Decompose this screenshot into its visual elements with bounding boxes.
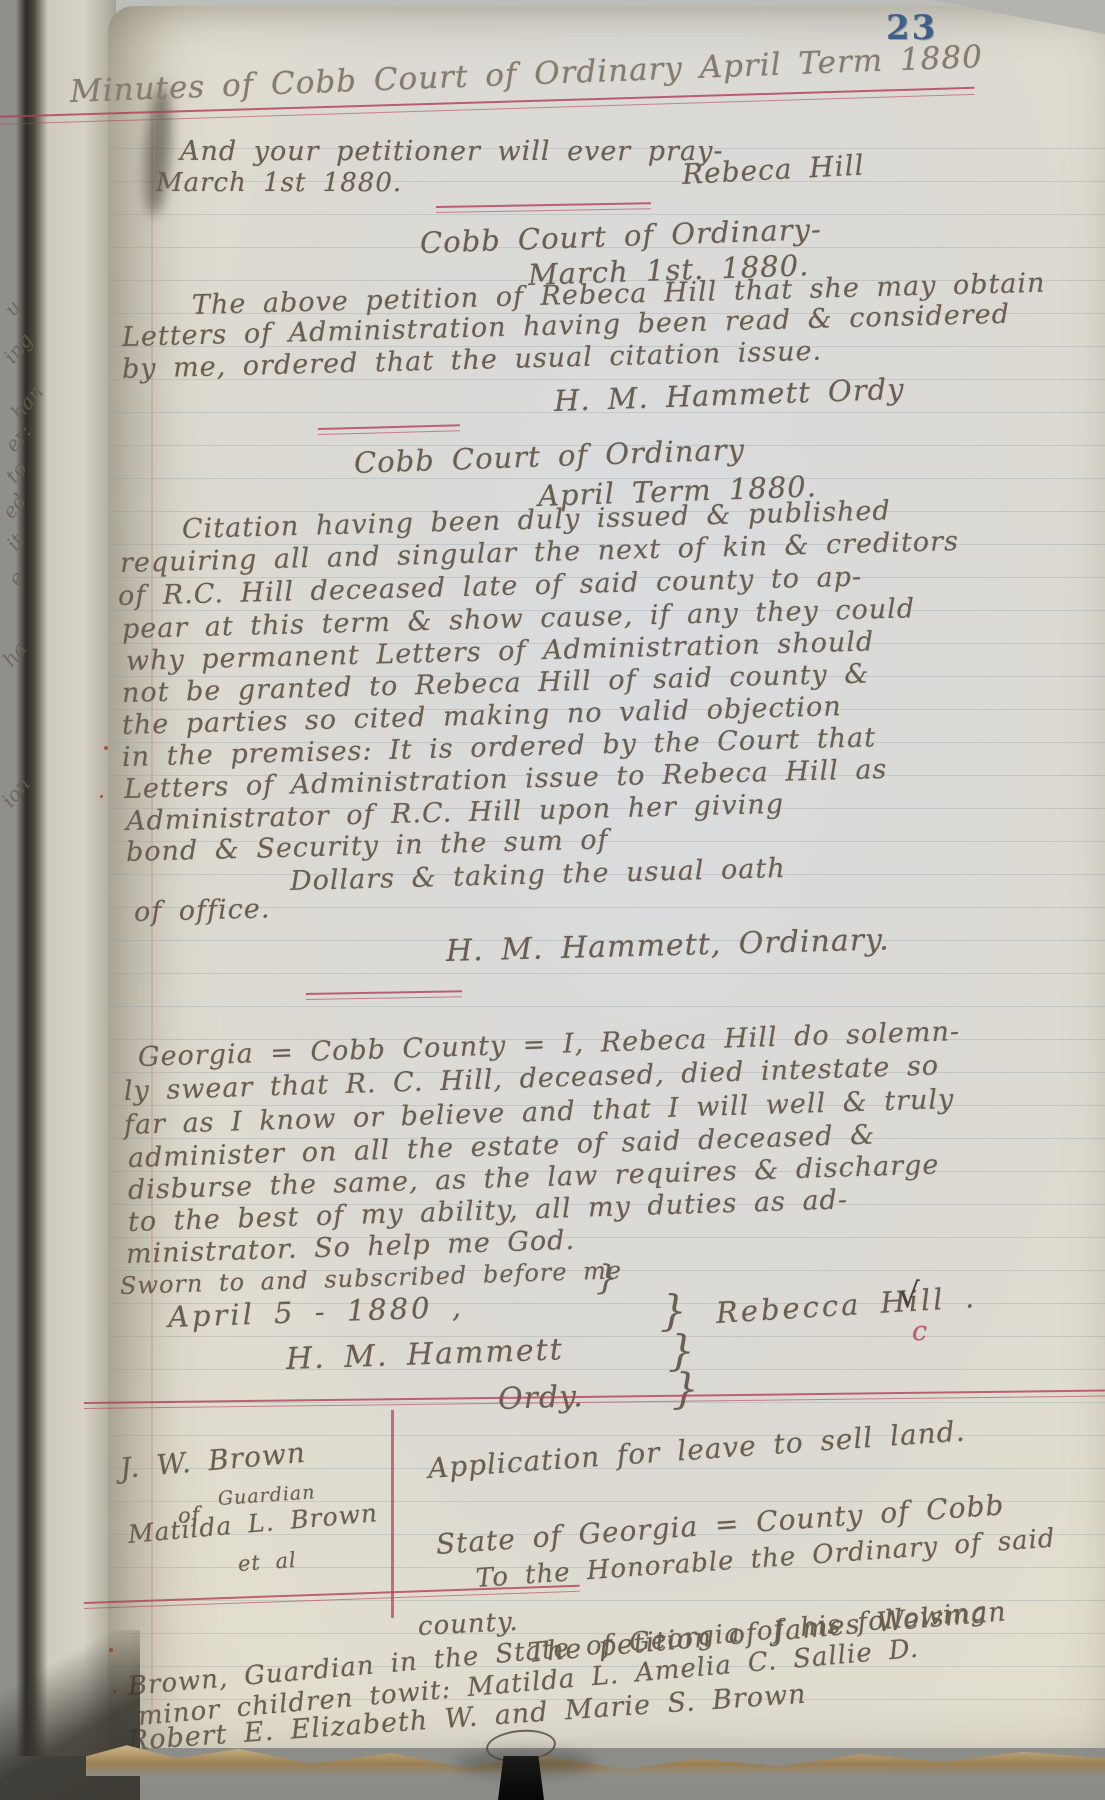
handwritten-line: of office.: [134, 893, 271, 928]
prev-page-text-fragment: it: [1, 529, 29, 555]
prev-page-text-fragment: e: [3, 566, 29, 590]
handwritten-line: county.: [417, 1607, 519, 1642]
jurat-brace: }: [596, 1258, 618, 1298]
book-cradle-post: [498, 1756, 544, 1800]
foxing-spot: [104, 746, 108, 750]
caption-etal: et al: [237, 1548, 297, 1576]
petition-prayer-line: And your petitioner will ever pray-: [180, 136, 723, 167]
petition-date: March 1st 1880.: [156, 168, 402, 198]
previous-page-edge: u ing han er: to ed it e ha ion: [0, 0, 116, 1756]
caption-rule-vertical: [391, 1410, 394, 1618]
prev-page-text-fragment: ion: [0, 772, 35, 811]
prev-page-text-fragment: er:: [0, 420, 36, 457]
prev-page-text-fragment: ha: [0, 637, 32, 671]
prev-page-text-fragment: to: [0, 457, 31, 488]
clerk-margin-note: c: [912, 1316, 928, 1347]
prev-page-text-fragment: han: [6, 380, 49, 424]
scanned-ledger-page: u ing han er: to ed it e ha ion 23 Minut…: [0, 0, 1105, 1800]
prev-page-text-fragment: ed: [0, 489, 31, 523]
prev-page-text-fragment: u: [0, 295, 26, 320]
foxing-spot: [100, 795, 103, 798]
prev-page-text-fragment: ing: [0, 328, 38, 368]
jurat-brace: }: [672, 1364, 699, 1413]
clerk-checkmark: √: [898, 1276, 921, 1316]
